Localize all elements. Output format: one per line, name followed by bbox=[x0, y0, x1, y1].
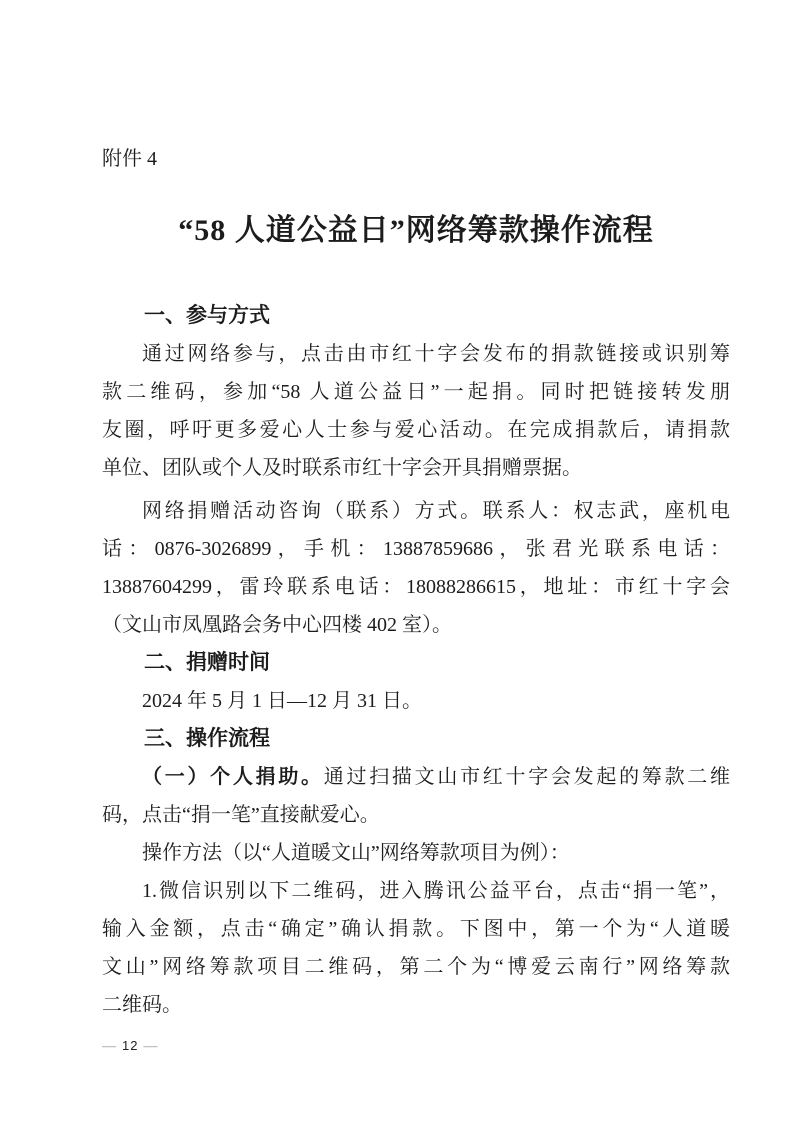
section-heading-procedure: 三、操作流程 bbox=[102, 720, 730, 758]
paragraph-line: 输入金额，点击“确定”确认捐款。下图中，第一个为“人道暖 bbox=[102, 910, 730, 948]
page-number-dash-left: — bbox=[102, 1039, 117, 1054]
document-content: 附件 4 “58 人道公益日”网络筹款操作流程 一、参与方式 通过网络参与，点击… bbox=[102, 0, 730, 1024]
paragraph-line: （一）个人捐助。通过扫描文山市红十字会发起的筹款二维 bbox=[102, 758, 730, 796]
page-number-value: 12 bbox=[117, 1038, 143, 1053]
page-number: —12— bbox=[102, 1038, 158, 1055]
paragraph-line: 二维码。 bbox=[102, 986, 730, 1024]
paragraph-line: 码，点击“捐一笔”直接献爱心。 bbox=[102, 796, 730, 834]
paragraph-line: 款二维码，参加“58 人道公益日”一起捐。同时把链接转发朋 bbox=[102, 373, 730, 411]
paragraph-line: 话：0876-3026899，手机：13887859686，张君光联系电话： bbox=[102, 530, 730, 568]
paragraph-method-intro: 操作方法（以“人道暖文山”网络筹款项目为例）： bbox=[102, 834, 730, 872]
paragraph-line: 2024 年 5 月 1 日—12 月 31 日。 bbox=[102, 682, 730, 720]
paragraph-line: （文山市凤凰路会务中心四楼 402 室）。 bbox=[102, 606, 730, 644]
section-heading-donation-time: 二、捐赠时间 bbox=[102, 644, 730, 682]
paragraph-line: 操作方法（以“人道暖文山”网络筹款项目为例）： bbox=[102, 834, 730, 872]
paragraph-line: 友圈，呼吁更多爱心人士参与爱心活动。在完成捐款后，请捐款 bbox=[102, 411, 730, 449]
paragraph-text: 通过扫描文山市红十字会发起的筹款二维 bbox=[324, 766, 730, 788]
paragraph-donation-time: 2024 年 5 月 1 日—12 月 31 日。 bbox=[102, 682, 730, 720]
subheading-individual-donation: （一）个人捐助。 bbox=[142, 766, 324, 788]
paragraph-contact-info: 网络捐赠活动咨询（联系）方式。联系人：权志武，座机电 话：0876-302689… bbox=[102, 492, 730, 644]
paragraph-line: 网络捐赠活动咨询（联系）方式。联系人：权志武，座机电 bbox=[102, 492, 730, 530]
paragraph-step1: 1.微信识别以下二维码，进入腾讯公益平台，点击“捐一笔”， 输入金额，点击“确定… bbox=[102, 872, 730, 1024]
attachment-label: 附件 4 bbox=[102, 0, 730, 172]
paragraph-individual-donation: （一）个人捐助。通过扫描文山市红十字会发起的筹款二维 码，点击“捐一笔”直接献爱… bbox=[102, 758, 730, 834]
paragraph-line: 1.微信识别以下二维码，进入腾讯公益平台，点击“捐一笔”， bbox=[102, 872, 730, 910]
paragraph-line: 文山”网络筹款项目二维码，第二个为“博爱云南行”网络筹款 bbox=[102, 948, 730, 986]
paragraph-line: 单位、团队或个人及时联系市红十字会开具捐赠票据。 bbox=[102, 449, 730, 487]
document-page: 附件 4 “58 人道公益日”网络筹款操作流程 一、参与方式 通过网络参与，点击… bbox=[0, 0, 794, 1122]
paragraph-line: 13887604299，雷玲联系电话：18088286615，地址：市红十字会 bbox=[102, 568, 730, 606]
paragraph-participation-1: 通过网络参与，点击由市红十字会发布的捐款链接或识别筹 款二维码，参加“58 人道… bbox=[102, 335, 730, 487]
page-number-dash-right: — bbox=[143, 1039, 158, 1054]
paragraph-line: 通过网络参与，点击由市红十字会发布的捐款链接或识别筹 bbox=[102, 335, 730, 373]
section-heading-participation: 一、参与方式 bbox=[102, 297, 730, 335]
document-title: “58 人道公益日”网络筹款操作流程 bbox=[102, 210, 730, 252]
